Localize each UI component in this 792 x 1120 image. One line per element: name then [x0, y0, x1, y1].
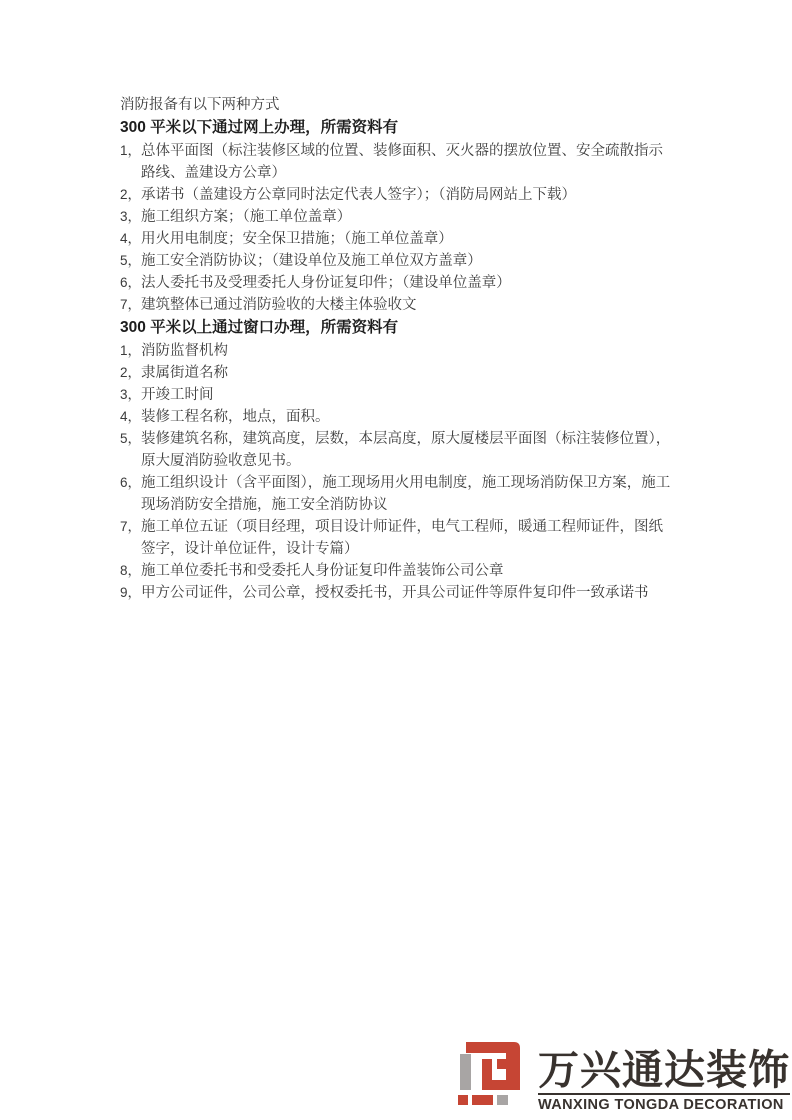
document-page: 消防报备有以下两种方式 300 平米以下通过网上办理，所需资料有 1，总体平面图… [0, 0, 792, 1120]
list-item-number: 1， [120, 140, 141, 162]
section2-list: 1，消防监督机构2，隶属街道名称3，开竣工时间4，装修工程名称，地点，面积。5，… [120, 340, 676, 604]
list-item-number: 5， [120, 428, 141, 450]
intro-line: 消防报备有以下两种方式 [120, 94, 676, 116]
list-item: 3，开竣工时间 [120, 384, 676, 406]
list-item: 2，承诺书（盖建设方公章同时法定代表人签字）；（消防局网站上下载） [120, 184, 676, 206]
list-item-number: 2， [120, 362, 141, 384]
list-item-text: 用火用电制度；安全保卫措施；（施工单位盖章） [141, 228, 676, 250]
list-item-text: 施工组织方案；（施工单位盖章） [141, 206, 676, 228]
list-item-text: 隶属街道名称 [141, 362, 676, 384]
list-item: 5，施工安全消防协议；（建设单位及施工单位双方盖章） [120, 250, 676, 272]
list-item: 4，装修工程名称，地点，面积。 [120, 406, 676, 428]
list-item-text: 承诺书（盖建设方公章同时法定代表人签字）；（消防局网站上下载） [141, 184, 676, 206]
logo-text-block: 万兴通达装饰 WANXING TONGDA DECORATION [538, 1048, 790, 1113]
list-item-text: 建筑整体已通过消防验收的大楼主体验收文 [141, 294, 676, 316]
list-item: 7，建筑整体已通过消防验收的大楼主体验收文 [120, 294, 676, 316]
logo-mark-icon [458, 1042, 530, 1113]
list-item-text: 施工安全消防协议；（建设单位及施工单位双方盖章） [141, 250, 676, 272]
list-item: 5，装修建筑名称，建筑高度，层数，本层高度，原大厦楼层平面图（标注装修位置），原… [120, 428, 676, 472]
section2-heading: 300 平米以上通过窗口办理，所需资料有 [120, 316, 676, 340]
list-item-number: 3， [120, 384, 141, 406]
list-item-text: 甲方公司证件，公司公章，授权委托书，开具公司证件等原件复印件一致承诺书 [141, 582, 676, 604]
list-item: 6，施工组织设计（含平面图），施工现场用火用电制度，施工现场消防保卫方案，施工现… [120, 472, 676, 516]
logo-name-en: WANXING TONGDA DECORATION [538, 1097, 790, 1113]
list-item-text: 施工组织设计（含平面图），施工现场用火用电制度，施工现场消防保卫方案，施工现场消… [141, 472, 676, 516]
company-logo: 万兴通达装饰 WANXING TONGDA DECORATION [458, 1042, 790, 1113]
logo-name-cn: 万兴通达装饰 [538, 1048, 790, 1092]
list-item-number: 7， [120, 516, 141, 538]
list-item: 8，施工单位委托书和受委托人身份证复印件盖装饰公司公章 [120, 560, 676, 582]
list-item: 1，消防监督机构 [120, 340, 676, 362]
list-item-text: 装修建筑名称，建筑高度，层数，本层高度，原大厦楼层平面图（标注装修位置），原大厦… [141, 428, 676, 472]
list-item-number: 4， [120, 228, 141, 250]
list-item-text: 总体平面图（标注装修区域的位置、装修面积、灭火器的摆放位置、安全疏散指示路线、盖… [141, 140, 676, 184]
list-item-text: 装修工程名称，地点，面积。 [141, 406, 676, 428]
list-item: 9，甲方公司证件，公司公章，授权委托书，开具公司证件等原件复印件一致承诺书 [120, 582, 676, 604]
list-item-number: 6， [120, 472, 141, 494]
list-item-number: 9， [120, 582, 141, 604]
list-item-text: 法人委托书及受理委托人身份证复印件；（建设单位盖章） [141, 272, 676, 294]
list-item: 6，法人委托书及受理委托人身份证复印件；（建设单位盖章） [120, 272, 676, 294]
list-item-number: 5， [120, 250, 141, 272]
list-item: 4，用火用电制度；安全保卫措施；（施工单位盖章） [120, 228, 676, 250]
list-item-number: 3， [120, 206, 141, 228]
list-item-number: 6， [120, 272, 141, 294]
list-item-text: 消防监督机构 [141, 340, 676, 362]
list-item-number: 1， [120, 340, 141, 362]
list-item-number: 2， [120, 184, 141, 206]
list-item-number: 7， [120, 294, 141, 316]
list-item-number: 4， [120, 406, 141, 428]
list-item: 2，隶属街道名称 [120, 362, 676, 384]
list-item-text: 施工单位五证（项目经理，项目设计师证件，电气工程师，暖通工程师证件，图纸签字，设… [141, 516, 676, 560]
list-item: 1，总体平面图（标注装修区域的位置、装修面积、灭火器的摆放位置、安全疏散指示路线… [120, 140, 676, 184]
list-item-number: 8， [120, 560, 141, 582]
list-item: 3，施工组织方案；（施工单位盖章） [120, 206, 676, 228]
document-body: 消防报备有以下两种方式 300 平米以下通过网上办理，所需资料有 1，总体平面图… [120, 94, 676, 604]
logo-divider [538, 1093, 790, 1095]
list-item-text: 开竣工时间 [141, 384, 676, 406]
list-item: 7，施工单位五证（项目经理，项目设计师证件，电气工程师，暖通工程师证件，图纸签字… [120, 516, 676, 560]
section1-list: 1，总体平面图（标注装修区域的位置、装修面积、灭火器的摆放位置、安全疏散指示路线… [120, 140, 676, 316]
list-item-text: 施工单位委托书和受委托人身份证复印件盖装饰公司公章 [141, 560, 676, 582]
section1-heading: 300 平米以下通过网上办理，所需资料有 [120, 116, 676, 140]
